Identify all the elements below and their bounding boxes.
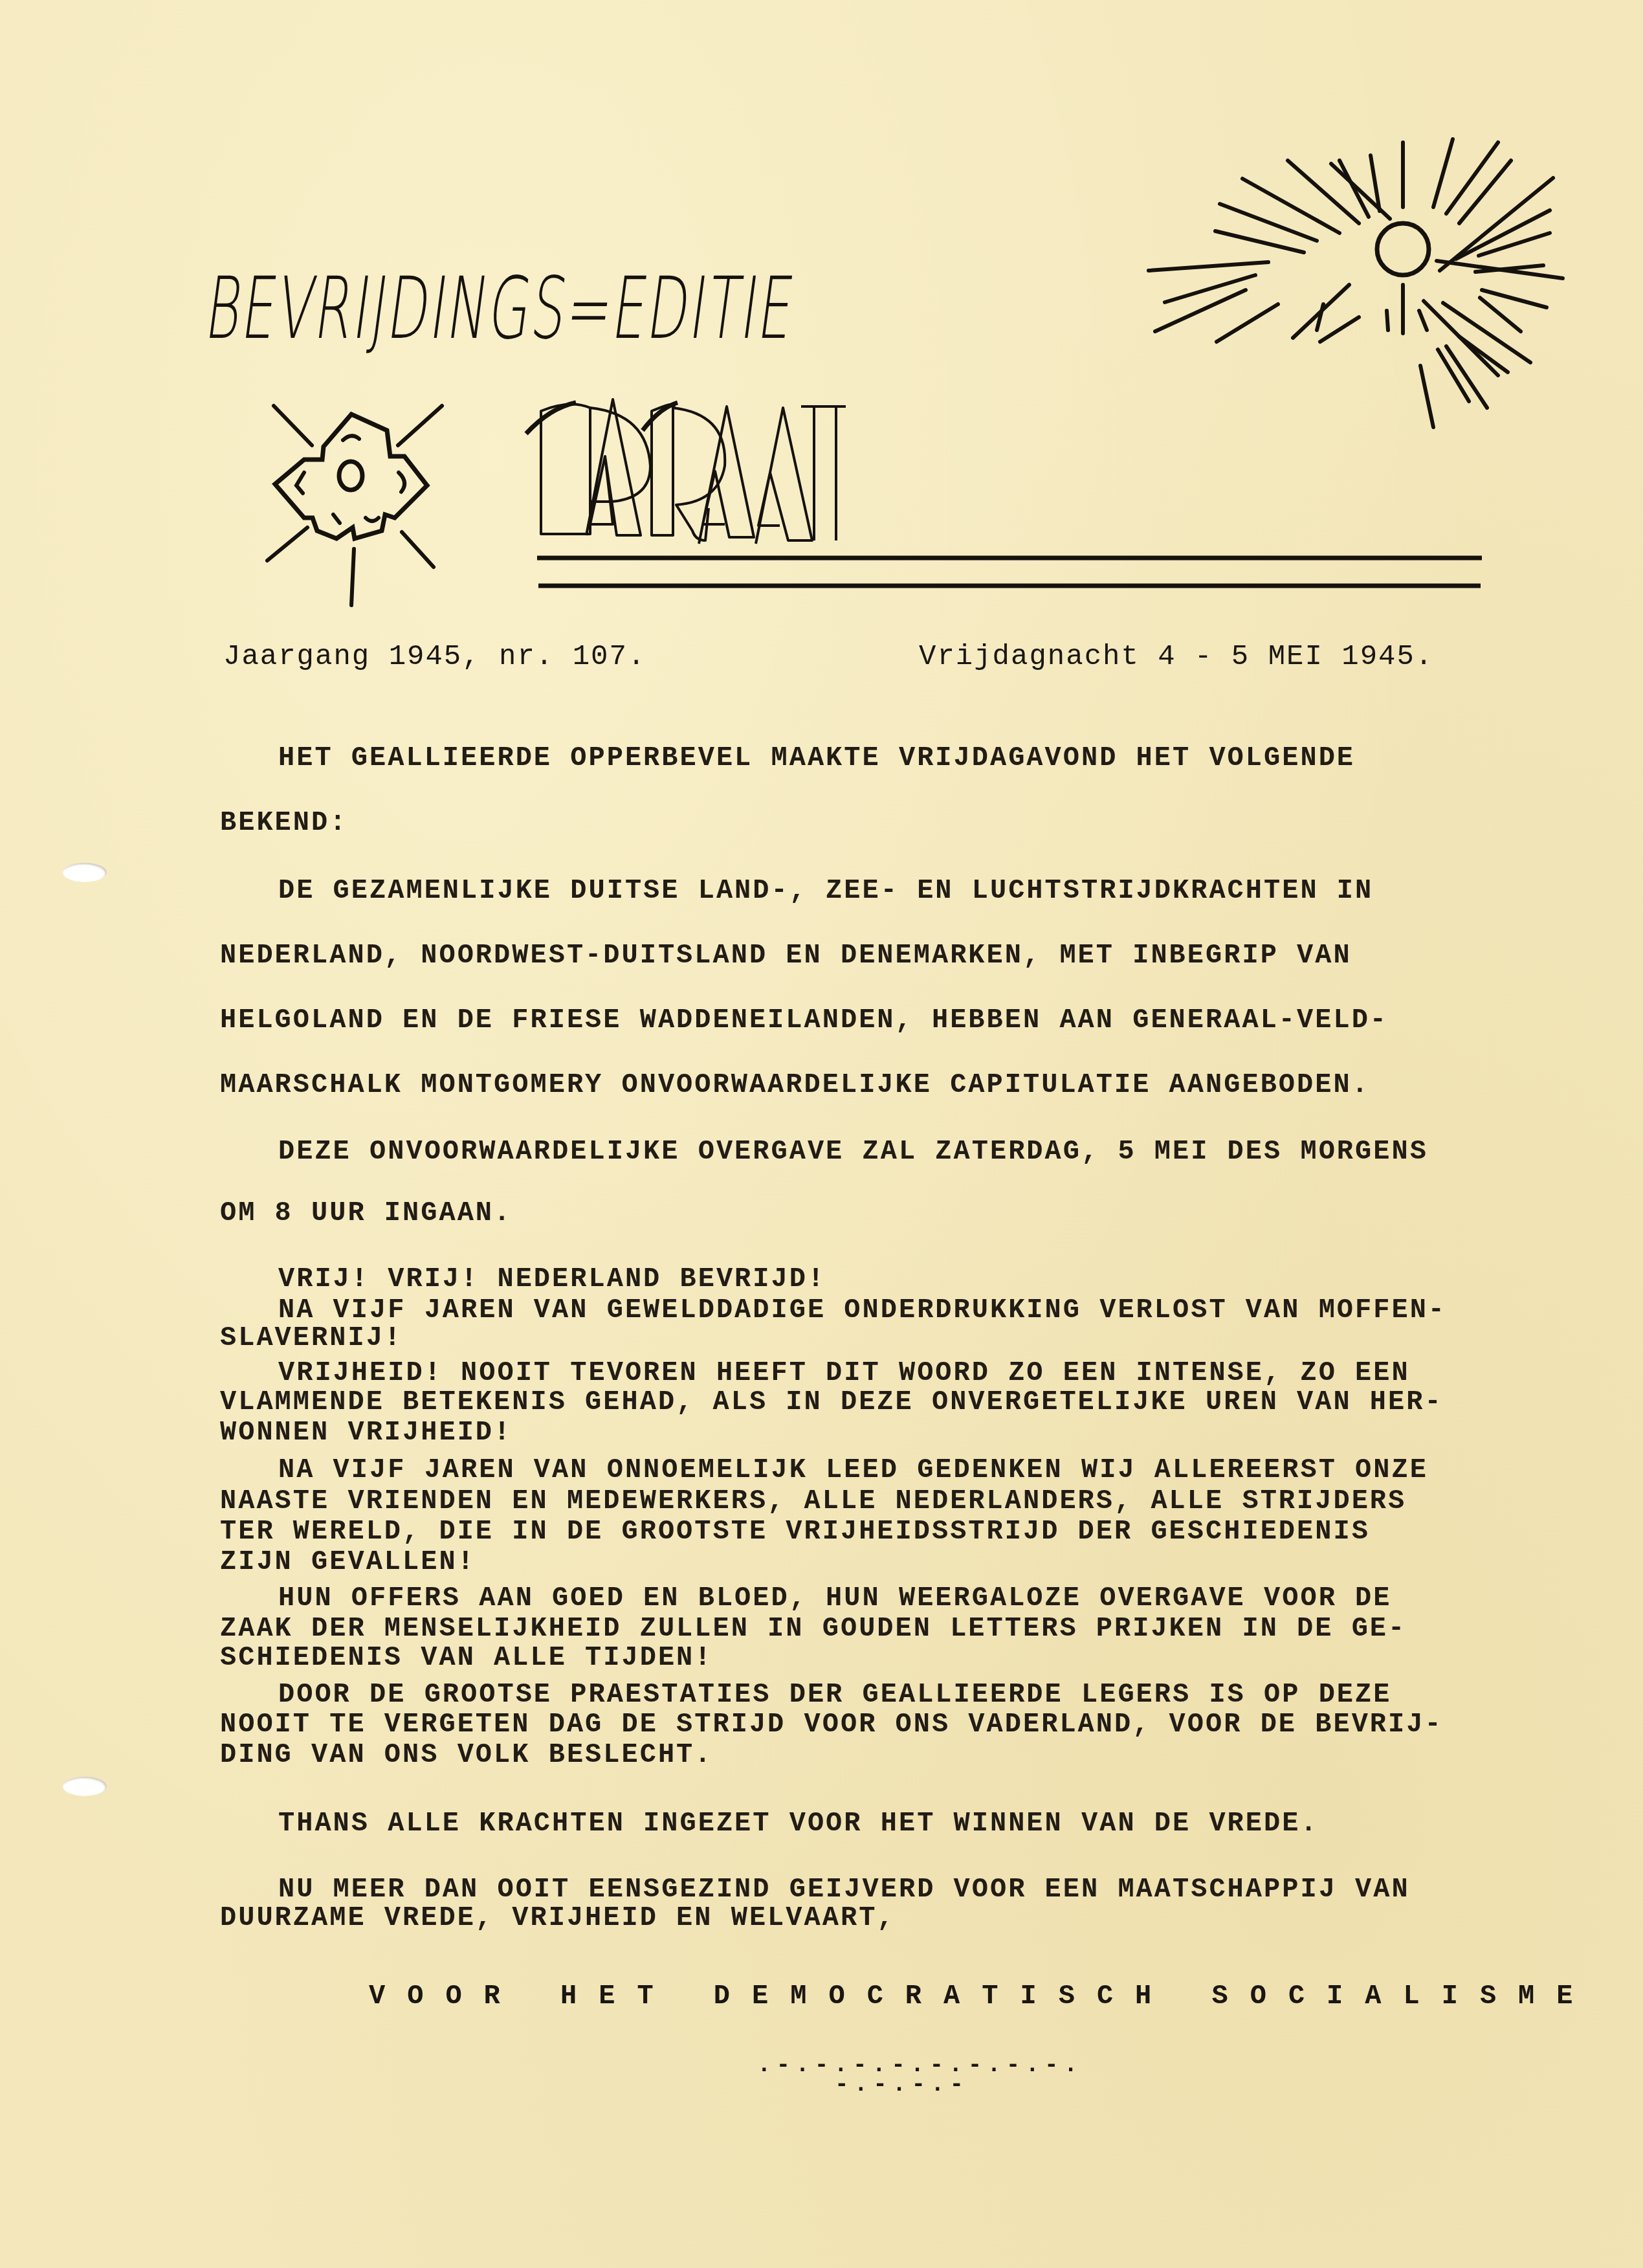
issue-volume: Jaargang 1945, nr. 107. — [223, 641, 646, 673]
proclamation-line: VRIJHEID! NOOIT TEVOREN HEEFT DIT WOORD … — [220, 1359, 1598, 1386]
announcement-line: OM 8 UUR INGAAN. — [220, 1199, 1540, 1227]
decorative-divider-row2: -.-.-.- — [835, 2071, 969, 2098]
clover-emblem-icon — [267, 406, 442, 605]
announcement-line: DE GEZAMENLIJKE DUITSE LAND-, ZEE- EN LU… — [220, 877, 1598, 904]
signature-slogan: VOOR HET DEMOCRATISCH SOCIALISME — [369, 1981, 1595, 2012]
proclamation-line: DOOR DE GROOTSE PRAESTATIES DER GEALLIEE… — [220, 1681, 1598, 1708]
announcement-line: MAARSCHALK MONTGOMERY ONVOORWAARDELIJKE … — [220, 1071, 1540, 1098]
proclamation-line: TER WERELD, DIE IN DE GROOTSTE VRIJHEIDS… — [220, 1518, 1540, 1545]
proclamation-line: SLAVERNIJ! — [220, 1324, 1540, 1351]
closing-line: NU MEER DAN OOIT EENSGEZIND GEIJVERD VOO… — [220, 1876, 1598, 1903]
proclamation-line: SCHIEDENIS VAN ALLE TIJDEN! — [220, 1644, 1540, 1671]
proclamation-line: ZAAK DER MENSELIJKHEID ZULLEN IN GOUDEN … — [220, 1615, 1540, 1642]
proclamation-line: VLAMMENDE BETEKENIS GEHAD, ALS IN DEZE O… — [220, 1388, 1540, 1416]
punch-hole-bottom — [63, 1777, 107, 1796]
paraat-title-lettering — [526, 399, 1482, 586]
proclamation-line: VRIJ! VRIJ! NEDERLAND BEVRIJD! — [220, 1265, 1598, 1293]
closing-line: DUURZAME VREDE, VRIJHEID EN WELVAART, — [220, 1904, 1540, 1931]
issue-date: Vrijdagnacht 4 - 5 MEI 1945. — [919, 641, 1433, 673]
announcement-line: HET GEALLIEERDE OPPERBEVEL MAAKTE VRIJDA… — [220, 744, 1598, 772]
edition-label: BEVRIJDINGS=EDITIE — [201, 259, 801, 359]
proclamation-line: NA VIJF JAREN VAN GEWELDDADIGE ONDERDRUK… — [220, 1296, 1598, 1324]
announcement-line: BEKEND: — [220, 809, 1540, 836]
proclamation-line: NA VIJF JAREN VAN ONNOEMELIJK LEED GEDEN… — [220, 1456, 1598, 1484]
proclamation-line: WONNEN VRIJHEID! — [220, 1419, 1540, 1446]
announcement-line: NEDERLAND, NOORDWEST-DUITSLAND EN DENEMA… — [220, 942, 1540, 969]
announcement-line: DEZE ONVOORWAARDELIJKE OVERGAVE ZAL ZATE… — [220, 1138, 1598, 1165]
proclamation-line: NOOIT TE VERGETEN DAG DE STRIJD VOOR ONS… — [220, 1711, 1540, 1738]
closing-line: THANS ALLE KRACHTEN INGEZET VOOR HET WIN… — [220, 1810, 1598, 1837]
proclamation-line: NAASTE VRIENDEN EN MEDEWERKERS, ALLE NED… — [220, 1487, 1540, 1515]
announcement-line: HELGOLAND EN DE FRIESE WADDENEILANDEN, H… — [220, 1006, 1540, 1034]
proclamation-line: ZIJN GEVALLEN! — [220, 1548, 1540, 1575]
sun-rays-emblem-icon — [1149, 139, 1563, 427]
proclamation-line: DING VAN ONS VOLK BESLECHT. — [220, 1741, 1540, 1768]
proclamation-line: HUN OFFERS AAN GOED EN BLOED, HUN WEERGA… — [220, 1584, 1598, 1612]
punch-hole-top — [63, 863, 107, 882]
